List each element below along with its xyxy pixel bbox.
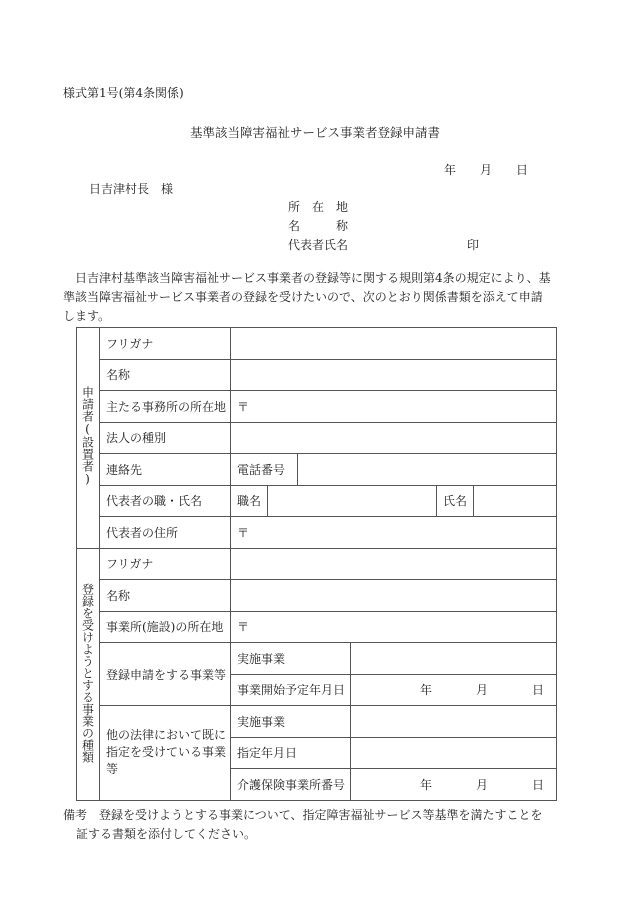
table-row: 代表者の職・氏名 職名 氏名 — [77, 485, 557, 517]
form-number: 様式第1号(第4条関係) — [63, 84, 184, 101]
remarks-line-1: 備考 登録を受けようとする事業について、指定障害福祉サービス等基準を満たすことを — [63, 806, 563, 825]
table-row: 主たる事務所の所在地 〒 — [77, 391, 557, 423]
main-office-field[interactable]: 〒 — [231, 391, 557, 423]
applicant-representative-label: 代表者氏名 — [288, 236, 348, 253]
date-month-label: 月 — [480, 161, 492, 178]
seal-label: 印 — [467, 236, 479, 253]
label-implemented-business-2: 実施事業 — [231, 706, 351, 738]
label-corp-type: 法人の種別 — [100, 422, 231, 454]
table-row: 登録申請をする事業等 実施事業 — [77, 643, 557, 675]
corp-type-field[interactable] — [231, 422, 557, 454]
label-business-furigana: フリガナ — [100, 548, 231, 580]
label-rep-title-name: 代表者の職・氏名 — [100, 485, 231, 517]
application-table: 申請者(設置者) フリガナ 名称 主たる事務所の所在地 〒 法人の種別 連絡先 … — [76, 327, 557, 801]
label-start-date: 事業開始予定年月日 — [231, 674, 351, 706]
table-row: 法人の種別 — [77, 422, 557, 454]
table-row: 他の法律において既に指定を受けている事業等 実施事業 — [77, 706, 557, 738]
addressee: 日吉津村長 様 — [89, 180, 173, 197]
care-insurance-no-field[interactable]: 年 月 日 — [351, 769, 557, 801]
table-row: 名称 — [77, 359, 557, 391]
body-line-3: します。 — [63, 307, 563, 326]
designated-date-field[interactable] — [351, 737, 557, 769]
applicant-address-label: 所 在 地 — [288, 198, 348, 215]
label-contact: 連絡先 — [100, 454, 231, 486]
label-office-location: 事業所(施設)の所在地 — [100, 611, 231, 643]
table-row: 事業所(施設)の所在地 〒 — [77, 611, 557, 643]
phone-field[interactable] — [298, 454, 557, 486]
day-label: 日 — [532, 681, 544, 698]
table-row: 名称 — [77, 580, 557, 612]
applicant-name-label: 名 称 — [288, 217, 348, 234]
month-label: 月 — [476, 681, 488, 698]
section-business-heading: 登録を受けようとする事業の種類 — [77, 548, 100, 800]
year-label: 年 — [420, 681, 432, 698]
page-title: 基準該当障害福祉サービス事業者登録申請書 — [0, 123, 630, 141]
table-row: 代表者の住所 〒 — [77, 517, 557, 549]
start-date-field[interactable]: 年 月 日 — [351, 674, 557, 706]
label-care-insurance-no: 介護保険事業所番号 — [231, 769, 351, 801]
business-furigana-field[interactable] — [231, 548, 557, 580]
day-label: 日 — [532, 776, 544, 793]
remarks-line-2: 証する書類を添付してください。 — [63, 825, 563, 844]
section-applicant-heading: 申請者(設置者) — [77, 328, 100, 549]
rep-address-field[interactable]: 〒 — [231, 517, 557, 549]
office-location-field[interactable]: 〒 — [231, 611, 557, 643]
label-job-title: 職名 — [231, 485, 268, 517]
label-applying-business: 登録申請をする事業等 — [100, 643, 231, 706]
furigana-field[interactable] — [231, 328, 557, 360]
label-phone: 電話番号 — [231, 454, 298, 486]
implemented-business-field[interactable] — [351, 643, 557, 675]
table-row: 連絡先 電話番号 — [77, 454, 557, 486]
remarks: 備考 登録を受けようとする事業について、指定障害福祉サービス等基準を満たすことを… — [63, 806, 563, 844]
label-furigana: フリガナ — [100, 328, 231, 360]
table-row: 登録を受けようとする事業の種類 フリガナ — [77, 548, 557, 580]
month-label: 月 — [476, 776, 488, 793]
label-designated-date: 指定年月日 — [231, 737, 351, 769]
label-name: 名称 — [100, 359, 231, 391]
business-name-field[interactable] — [231, 580, 557, 612]
label-implemented-business: 実施事業 — [231, 643, 351, 675]
body-line-2: 準該当障害福祉サービス事業者の登録を受けたいので、次のとおり関係書類を添えて申請 — [63, 288, 563, 307]
label-main-office: 主たる事務所の所在地 — [100, 391, 231, 423]
person-name-field[interactable] — [474, 485, 557, 517]
body-line-1: 日吉津村基準該当障害福祉サービス事業者の登録等に関する規則第4条の規定により、基 — [63, 269, 563, 288]
label-business-name: 名称 — [100, 580, 231, 612]
label-rep-address: 代表者の住所 — [100, 517, 231, 549]
date-day-label: 日 — [516, 161, 528, 178]
label-person-name: 氏名 — [437, 485, 474, 517]
job-title-field[interactable] — [268, 485, 437, 517]
year-label: 年 — [420, 776, 432, 793]
table-row: 申請者(設置者) フリガナ — [77, 328, 557, 360]
label-other-law-business: 他の法律において既に指定を受けている事業等 — [100, 706, 231, 801]
name-field[interactable] — [231, 359, 557, 391]
body-paragraph: 日吉津村基準該当障害福祉サービス事業者の登録等に関する規則第4条の規定により、基… — [63, 269, 563, 326]
date-year-label: 年 — [444, 161, 456, 178]
implemented-business-2-field[interactable] — [351, 706, 557, 738]
